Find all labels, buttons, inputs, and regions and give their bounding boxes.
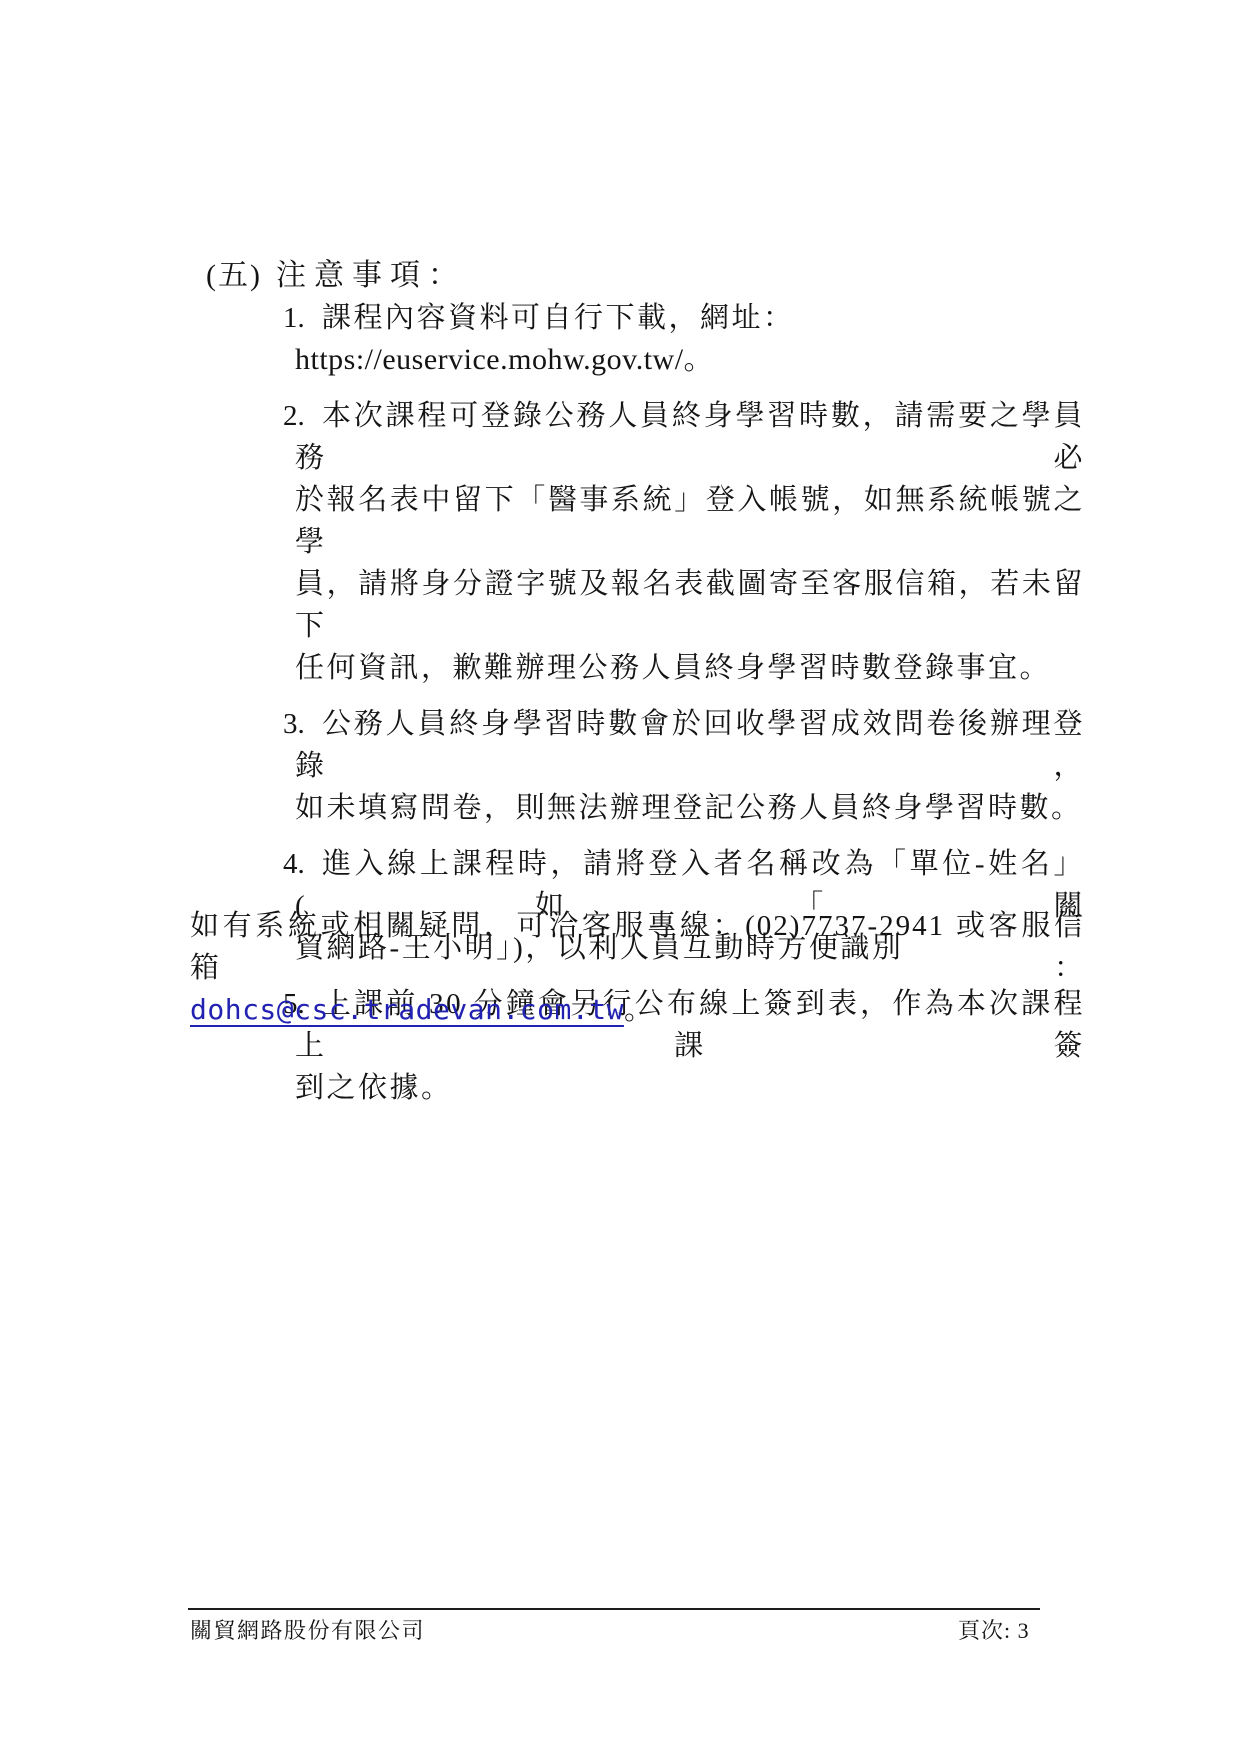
list-item: 3.公務人員終身學習時數會於回收學習成效問卷後辦理登錄，如未填寫問卷，則無法辦理… bbox=[295, 703, 1085, 829]
document-page: (五)注意事項： 1.課程內容資料可自行下載，網址：https://euserv… bbox=[0, 0, 1241, 1754]
support-email-link[interactable]: dohcs@csc.tradevan.com.tw bbox=[190, 993, 624, 1026]
list-item: 2.本次課程可登錄公務人員終身學習時數，請需要之學員務必於報名表中留下「醫事系統… bbox=[295, 395, 1085, 689]
item-line: 到之依據。 bbox=[295, 1067, 1085, 1109]
footer-page-number: 頁次: 3 bbox=[958, 1614, 1030, 1645]
item-number: 1. bbox=[283, 297, 305, 339]
footer-company: 關貿網路股份有限公司 bbox=[190, 1614, 425, 1645]
section-heading: (五)注意事項： bbox=[206, 250, 466, 294]
item-line: 任何資訊，歉難辦理公務人員終身學習時數登錄事宜。 bbox=[295, 647, 1085, 689]
contact-line-1: 如有系統或相關疑問，可洽客服專線：(02)7737-2941 或客服信箱： bbox=[190, 905, 1085, 989]
contact-paragraph: 如有系統或相關疑問，可洽客服專線：(02)7737-2941 或客服信箱： do… bbox=[190, 905, 1085, 1031]
sentence-end-mark: 。 bbox=[624, 994, 653, 1026]
item-number: 4. bbox=[283, 843, 305, 885]
item-line: 公務人員終身學習時數會於回收學習成效問卷後辦理登錄， bbox=[295, 703, 1085, 787]
item-number: 2. bbox=[283, 395, 305, 437]
section-title: 注意事項： bbox=[276, 259, 466, 292]
section-number: (五) bbox=[206, 259, 262, 292]
contact-line-2: dohcs@csc.tradevan.com.tw。 bbox=[190, 989, 1085, 1031]
item-line: 員，請將身分證字號及報名表截圖寄至客服信箱，若未留下 bbox=[295, 563, 1085, 647]
list-item: 1.課程內容資料可自行下載，網址：https://euservice.mohw.… bbox=[295, 297, 1085, 381]
item-line: 於報名表中留下「醫事系統」登入帳號，如無系統帳號之學 bbox=[295, 479, 1085, 563]
item-number: 3. bbox=[283, 703, 305, 745]
footer-divider bbox=[188, 1608, 1040, 1610]
item-line: 如未填寫問卷，則無法辦理登記公務人員終身學習時數。 bbox=[295, 787, 1085, 829]
item-line: 課程內容資料可自行下載，網址： bbox=[295, 297, 1085, 339]
item-line: 本次課程可登錄公務人員終身學習時數，請需要之學員務必 bbox=[295, 395, 1085, 479]
item-line: https://euservice.mohw.gov.tw/。 bbox=[295, 339, 1085, 381]
